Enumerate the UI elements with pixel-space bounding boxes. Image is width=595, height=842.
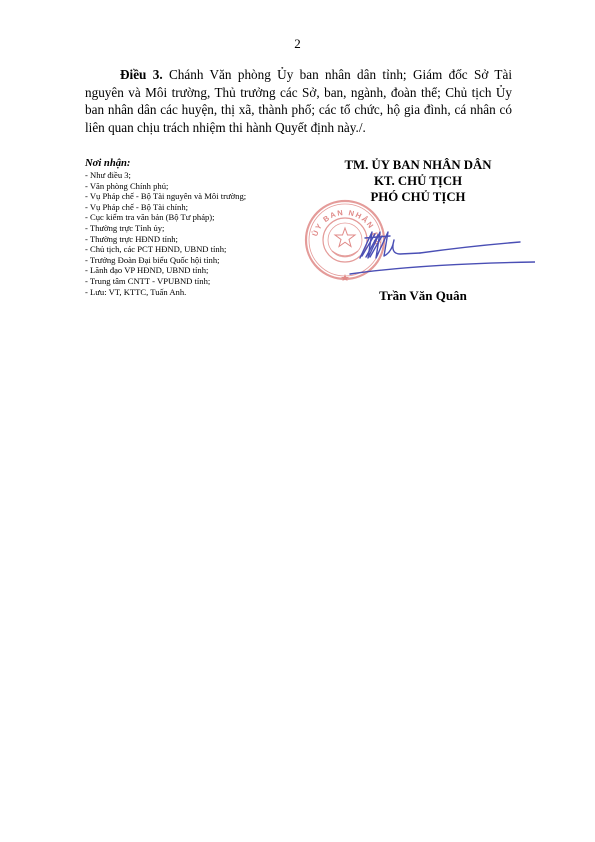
recipient-item: - Lãnh đạo VP HĐND, UBND tỉnh; [85,265,315,276]
recipient-item: - Lưu: VT, KTTC, Tuấn Anh. [85,287,315,298]
recipient-item: - Trung tâm CNTT - VPUBND tỉnh; [85,276,315,287]
signature-line-2: KT. CHỦ TỊCH [318,174,518,190]
recipient-item: - Thường trực Tỉnh ủy; [85,223,315,234]
recipient-item: - Vụ Pháp chế - Bộ Tài chính; [85,202,315,213]
recipient-item: - Như điều 3; [85,170,315,181]
recipients-title: Nơi nhận: [85,158,315,170]
recipient-item: - Thường trực HĐND tỉnh; [85,234,315,245]
article-3: Điều 3. Chánh Văn phòng Ủy ban nhân dân … [85,66,512,136]
recipient-item: - Trưởng Đoàn Đại biểu Quốc hội tỉnh; [85,255,315,266]
page-number: 2 [0,36,595,52]
recipients-list: Nơi nhận: - Như điều 3; - Văn phòng Chín… [85,158,315,297]
article-label: Điều 3. [120,67,163,82]
recipient-item: - Văn phòng Chính phủ; [85,181,315,192]
signer-name: Trần Văn Quân [318,288,528,304]
signature-line-1: TM. ỦY BAN NHÂN DÂN [318,158,518,174]
handwritten-signature-icon [320,224,535,279]
recipient-item: - Chủ tịch, các PCT HĐND, UBND tỉnh; [85,244,315,255]
recipient-item: - Cục kiểm tra văn bản (Bộ Tư pháp); [85,212,315,223]
recipient-item: - Vụ Pháp chế - Bộ Tài nguyên và Môi trư… [85,191,315,202]
